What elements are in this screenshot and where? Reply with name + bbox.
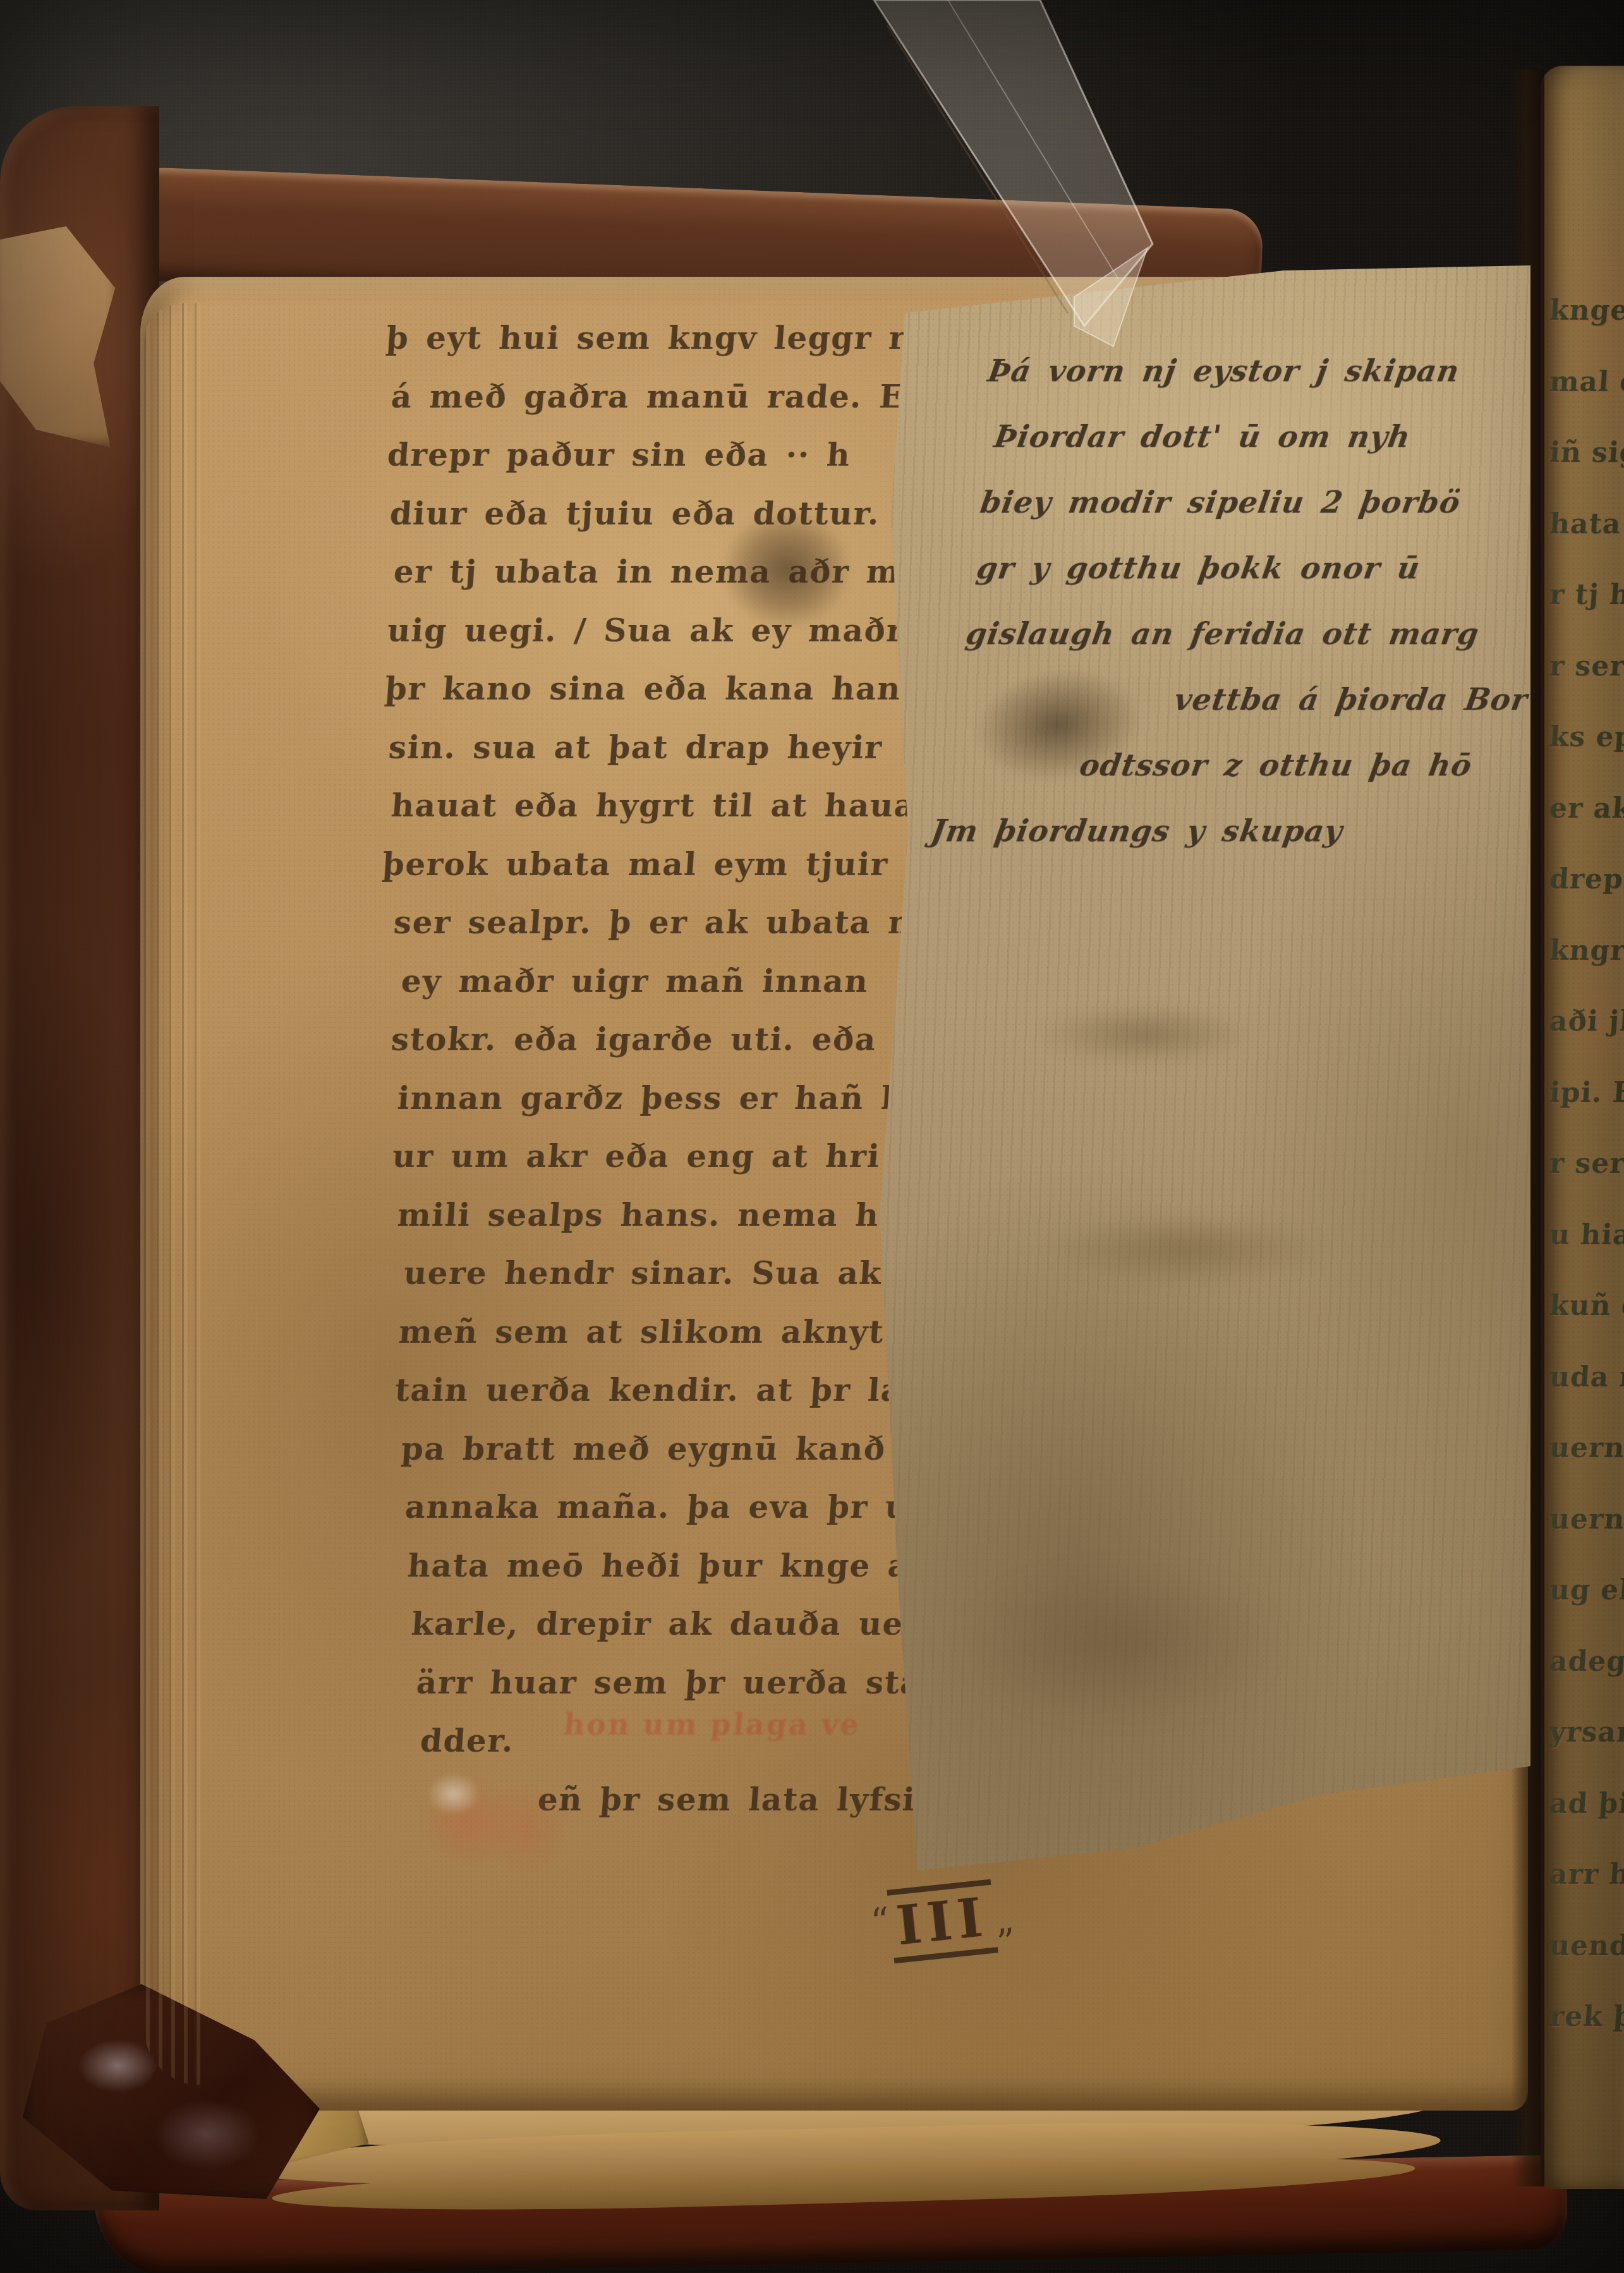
manuscript-line: stokr. eða igarðe uti. eða (377, 1021, 975, 1079)
manuscript-line: á með gaðra manū rade. Ep (377, 378, 975, 437)
manuscript-line-fragment: r ser til le (1546, 650, 1624, 722)
manuscript-line-fragment: kuñ ey (1546, 1290, 1624, 1361)
manuscript-line: karle, drepir ak dauða uer (377, 1605, 975, 1664)
manuscript-line: ser sealpr. þ er ak ubata mal (377, 904, 975, 962)
right-page-edge: knge ak kumal epm jeiñ sigle knhata mat … (1541, 66, 1624, 2189)
manuscript-line-fragment: u hia s (1546, 1219, 1624, 1290)
manuscript-line: pa bratt með eygnū kanð (377, 1430, 975, 1489)
manuscript-line-fragment: drepr mañ (1546, 863, 1624, 935)
page-edge-stack-left (144, 303, 207, 2085)
manuscript-line-fragment: rek þr (1546, 2001, 1624, 2072)
manuscript-line: odtssor z otthu þa hō (924, 748, 1522, 814)
manuscript-line: Þiordar dott' ū om nyh (924, 420, 1522, 485)
manuscript-line-fragment: ipi. Eney (1546, 1077, 1624, 1148)
manuscript-line: þ eyt hui sem kngv leggr ra (377, 319, 975, 378)
manuscript-line: þerok ubata mal eym tjuir (377, 846, 975, 904)
manuscript-line-fragment: yrsam (1546, 1716, 1624, 1788)
manuscript-line-fragment: ug ekm (1546, 1574, 1624, 1646)
manuscript-line: gislaugh an feridia ott marg (924, 617, 1522, 682)
stain-smear (955, 1561, 1284, 1725)
manuscript-line: hata meō heði þur knge a (377, 1547, 975, 1606)
inserted-leaf: Þá vorn nj eystor j skipanÞiordar dott' … (880, 265, 1530, 1884)
manuscript-line-fragment: aði jkngr (1546, 1005, 1624, 1077)
manuscript-line: ey maðr uigr mañ innan (377, 962, 975, 1021)
red-rubric-heading: hon um plaga ve (562, 1707, 863, 1742)
manuscript-line-fragment: uende e (1546, 1930, 1624, 2001)
left-page-text: þ eyt hui sem kngv leggr raá með gaðra m… (379, 319, 973, 1839)
manuscript-line: sin. sua at þat drap heyir (377, 729, 975, 787)
manuscript-line: gr y gotthu þokk onor ū (924, 551, 1522, 617)
manuscript-line-fragment: arr he (1546, 1858, 1624, 1930)
manuscript-line: hauat eða hygrt til at haua. (377, 787, 975, 846)
manuscript-line-fragment: ad þikkir (1546, 1788, 1624, 1859)
manuscript-line: innan garðz þess er hañ hū (377, 1079, 975, 1138)
manuscript-line-fragment: uda mat (1546, 1361, 1624, 1433)
manuscript-line: Jm þiordungs y skupay (924, 814, 1522, 880)
inserted-leaf-text: Þá vorn nj eystor j skipanÞiordar dott' … (929, 354, 1517, 880)
manuscript-line-fragment: r tj heyr bre (1546, 579, 1624, 650)
folio-number: “III” (868, 1877, 1018, 1978)
manuscript-line: tain uerða kendir. at þr lan (377, 1371, 975, 1430)
manuscript-line: þr kano sina eða kana handa (377, 670, 975, 729)
manuscript-line-fragment: adegr (1546, 1646, 1624, 1717)
manuscript-line-fragment: knge ak ku (1546, 294, 1624, 366)
right-page-text: knge ak kumal epm jeiñ sigle knhata mat … (1548, 294, 1624, 2072)
faded-red-initial (397, 1747, 586, 1895)
manuscript-line: Þá vorn nj eystor j skipan (924, 354, 1522, 420)
manuscript-photo: þ eyt hui sem kngv leggr raá með gaðra m… (0, 0, 1624, 2273)
manuscript-line-fragment: iñ sigle kn (1546, 437, 1624, 508)
folio-numeral: III (887, 1879, 998, 1964)
manuscript-line: annaka maña. þa eva þr u (377, 1488, 975, 1547)
manuscript-line-fragment: ks eph iñ (1546, 721, 1624, 792)
stain-smear (1038, 1005, 1252, 1065)
manuscript-line-fragment: hata mat ey (1546, 508, 1624, 579)
manuscript-line: uig uegi. / Sua ak ey maðr dr (377, 612, 975, 670)
manuscript-line-fragment: uern at h (1546, 1432, 1624, 1503)
manuscript-line: drepr paður sin eða ·· h (377, 436, 975, 495)
manuscript-line: er tj ubata in nema aðr mañ (377, 553, 975, 612)
manuscript-line: diur eða tjuiu eða dottur. þa (377, 495, 975, 554)
stain-smear (1044, 1213, 1328, 1286)
manuscript-line-fragment: r sera k (1546, 1148, 1624, 1219)
manuscript-line-fragment: er ak uid (1546, 792, 1624, 864)
manuscript-line-fragment: uern al e (1546, 1503, 1624, 1575)
manuscript-line-fragment: kngr er. j. (1546, 935, 1624, 1006)
manuscript-line: vettba á þiorda Bor (924, 682, 1522, 748)
manuscript-line: biey modir sipeliu 2 þorbö (924, 485, 1522, 551)
manuscript-line-fragment: mal epm je (1546, 366, 1624, 437)
